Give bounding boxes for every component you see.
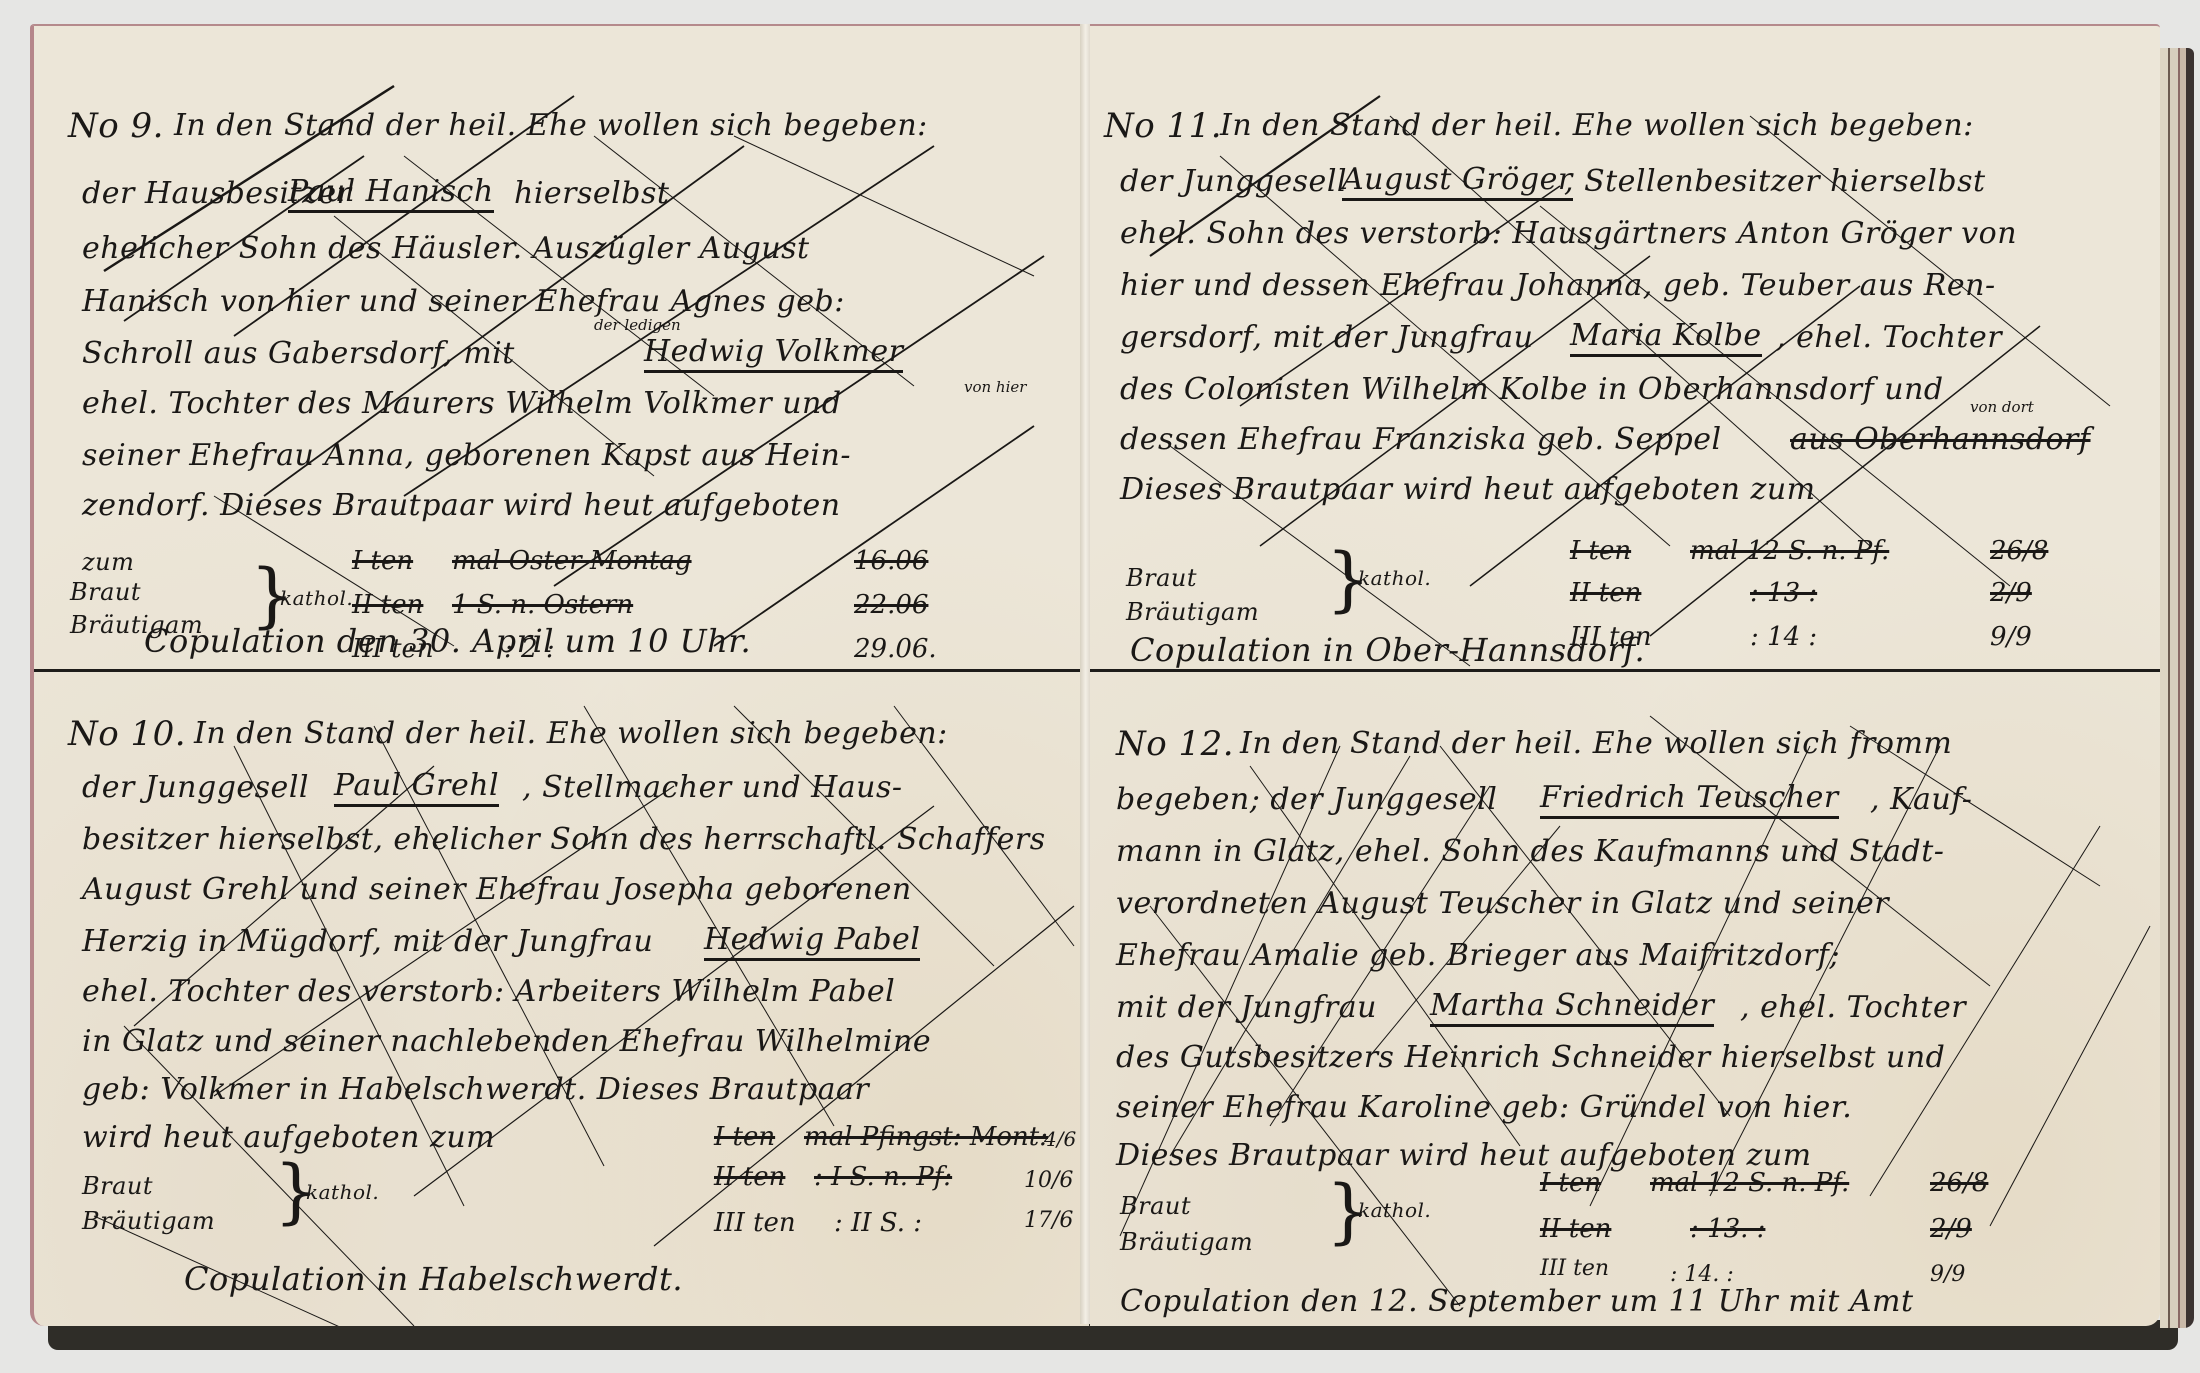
schedule-ordinal: I ten (714, 1122, 775, 1152)
entry-line: , Stellenbesitzer hierselbst (1564, 164, 1986, 199)
groom-name: Friedrich Teuscher (1540, 780, 1839, 819)
schedule-ordinal: I ten (1570, 536, 1631, 566)
schedule-ordinal: I ten (1540, 1168, 1601, 1198)
entry-line: ehel. Tochter des verstorb: Arbeiters Wi… (82, 974, 895, 1009)
entry-line: der Junggesell (1120, 164, 1347, 199)
schedule-text: : II S. : (834, 1208, 922, 1238)
braut-label: Braut (1126, 564, 1197, 592)
schedule-text: : 13 : (1750, 578, 1817, 608)
entry-line: mit der Jungfrau (1116, 990, 1377, 1025)
entry-line: begeben; der Junggesell (1116, 782, 1497, 817)
groom-name: August Gröger (1342, 162, 1573, 201)
religion-label: kathol. (1358, 1198, 1431, 1222)
insertion-note: von hier (964, 378, 1026, 396)
schedule-text: mal 12 S. n. Pf. (1690, 536, 1889, 566)
schedule-ordinal: II ten (352, 590, 423, 620)
entry-line: gersdorf, mit der Jungfrau (1120, 320, 1533, 355)
schedule-ordinal: I ten (352, 546, 413, 576)
entry-line: besitzer hierselbst, ehelicher Sohn des … (82, 822, 1046, 857)
schedule-date: 9/9 (1990, 622, 2032, 652)
copulation-note: Copulation in Ober-Hannsdorf. (1130, 631, 1645, 669)
bride-name: Maria Kolbe (1570, 318, 1762, 357)
entry-10: No 10. In den Stand der heil. Ehe wollen… (34, 672, 1089, 1322)
entry-12: No 12. In den Stand der heil. Ehe wollen… (1090, 672, 2160, 1322)
page-edges (2160, 48, 2194, 1328)
schedule-date: 16.06 (854, 546, 928, 576)
entry-line: Schroll aus Gabersdorf, mit (82, 336, 515, 371)
schedule-text: mal 12 S. n. Pf. (1650, 1168, 1849, 1198)
insertion-note: von dort (1970, 398, 2034, 416)
entry-line: ehel. Sohn des verstorb: Hausgärtners An… (1120, 216, 2017, 251)
insertion-note: der ledigen (594, 316, 681, 334)
bride-name: Martha Schneider (1430, 988, 1714, 1027)
entry-line: In den Stand der heil. Ehe wollen sich b… (174, 108, 928, 143)
schedule-date: 2/9 (1930, 1214, 1972, 1244)
copulation-note: Copulation den 12. September um 11 Uhr m… (1120, 1284, 1914, 1319)
entry-line: ehelicher Sohn des Häusler. Auszügler Au… (82, 231, 810, 266)
entry-11: No 11. In den Stand der heil. Ehe wollen… (1090, 26, 2160, 666)
entry-line: In den Stand der heil. Ehe wollen sich f… (1240, 726, 1952, 761)
entry-line: der Junggesell (82, 770, 309, 805)
entry-line: Dieses Brautpaar wird heut aufgeboten zu… (1120, 472, 1816, 507)
schedule-date: 26/8 (1990, 536, 2048, 566)
braeutigam-label: Bräutigam (82, 1207, 215, 1235)
entry-line: geb: Volkmer in Habelschwerdt. Dieses Br… (82, 1072, 869, 1107)
schedule-text: : 13. : (1690, 1214, 1765, 1244)
schedule-ordinal: III ten (714, 1208, 796, 1238)
entry-line: Ehefrau Amalie geb. Brieger aus Maifritz… (1116, 938, 1840, 973)
schedule-date: 22.06 (854, 590, 928, 620)
bride-name: Hedwig Pabel (704, 922, 920, 961)
entry-line: Hanisch von hier und seiner Ehefrau Agne… (82, 284, 845, 319)
braut-label: Braut (70, 578, 141, 606)
entry-number: No 9. (68, 106, 164, 146)
schedule-date: 4/6 (1044, 1127, 1076, 1151)
braeutigam-label: Bräutigam (1120, 1228, 1253, 1256)
entry-line: in Glatz und seiner nachlebenden Ehefrau… (82, 1024, 931, 1059)
braut-label: Braut (1120, 1192, 1191, 1220)
entry-number: No 11. (1104, 106, 1222, 146)
schedule-date: 2/9 (1990, 578, 2032, 608)
entry-line: In den Stand der heil. Ehe wollen sich b… (1220, 108, 1974, 143)
religion-label: kathol. (280, 586, 353, 610)
entry-line: , Stellmacher und Haus- (522, 770, 903, 805)
entry-line: Herzig in Mügdorf, mit der Jungfrau (82, 924, 653, 959)
entry-number: No 12. (1116, 724, 1234, 764)
entry-line: mann in Glatz, ehel. Sohn des Kaufmanns … (1116, 834, 1944, 869)
schedule-ordinal: II ten (1570, 578, 1641, 608)
schedule-text: : 14 : (1750, 622, 1817, 652)
schedule-date: 26/8 (1930, 1168, 1988, 1198)
groom-name: Paul Hanisch (288, 174, 494, 213)
religion-label: kathol. (1358, 566, 1431, 590)
schedule-ordinal: II ten (714, 1162, 785, 1192)
braut-label: Braut (82, 1172, 153, 1200)
entry-line: zendorf. Dieses Brautpaar wird heut aufg… (82, 488, 841, 523)
entry-line: seiner Ehefrau Anna, geborenen Kapst aus… (82, 438, 851, 473)
schedule-ordinal: II ten (1540, 1214, 1611, 1244)
entry-9: No 9. In den Stand der heil. Ehe wollen … (34, 26, 1089, 666)
entry-line: hierselbst (514, 176, 669, 211)
entry-line: hier und dessen Ehefrau Johanna, geb. Te… (1120, 268, 1996, 303)
groom-name: Paul Grehl (334, 768, 499, 807)
braeutigam-label: Bräutigam (1126, 598, 1259, 626)
entry-line: August Grehl und seiner Ehefrau Josepha … (82, 872, 912, 907)
struck-text: aus Oberhannsdorf (1790, 422, 2091, 457)
schedule-text: 1 S. n. Ostern (452, 590, 633, 620)
schedule-ordinal: III ten (1540, 1256, 1609, 1281)
copulation-note: Copulation in Habelschwerdt. (184, 1260, 683, 1298)
schedule-date: 10/6 (1024, 1168, 1073, 1193)
schedule-date: 9/9 (1930, 1262, 1965, 1287)
entry-line: seiner Ehefrau Karoline geb: Gründel von… (1116, 1090, 1852, 1125)
open-register-book: No 9. In den Stand der heil. Ehe wollen … (18, 20, 2188, 1338)
entry-line: dessen Ehefrau Franziska geb. Seppel (1120, 422, 1722, 457)
schedule-text: mal Oster Montag (452, 546, 692, 576)
schedule-date: 29.06. (854, 634, 937, 664)
zum-label: zum (82, 548, 134, 576)
entry-line: In den Stand der heil. Ehe wollen sich b… (194, 716, 948, 751)
entry-line: des Colonisten Wilhelm Kolbe in Oberhann… (1120, 372, 1944, 407)
right-page: No 11. In den Stand der heil. Ehe wollen… (1090, 24, 2160, 1326)
bride-name: Hedwig Volkmer (644, 334, 903, 373)
entry-line: des Gutsbesitzers Heinrich Schneider hie… (1116, 1040, 1945, 1075)
entry-line: , ehel. Tochter (1740, 990, 1966, 1025)
religion-label: kathol. (306, 1180, 379, 1204)
copulation-note: Copulation den 30. April um 10 Uhr. (144, 622, 751, 660)
schedule-text: : I S. n. Pf: (814, 1162, 952, 1192)
entry-number: No 10. (68, 714, 186, 754)
left-page: No 9. In den Stand der heil. Ehe wollen … (30, 24, 1089, 1326)
entry-line: , Kauf- (1870, 782, 1972, 817)
entry-line: ehel. Tochter des Maurers Wilhelm Volkme… (82, 386, 842, 421)
schedule-date: 17/6 (1024, 1208, 1073, 1233)
entry-line: , ehel. Tochter (1776, 320, 2002, 355)
entry-line: verordneten August Teuscher in Glatz und… (1116, 886, 1889, 921)
schedule-text: mal Pfingst: Mont: (804, 1122, 1048, 1152)
